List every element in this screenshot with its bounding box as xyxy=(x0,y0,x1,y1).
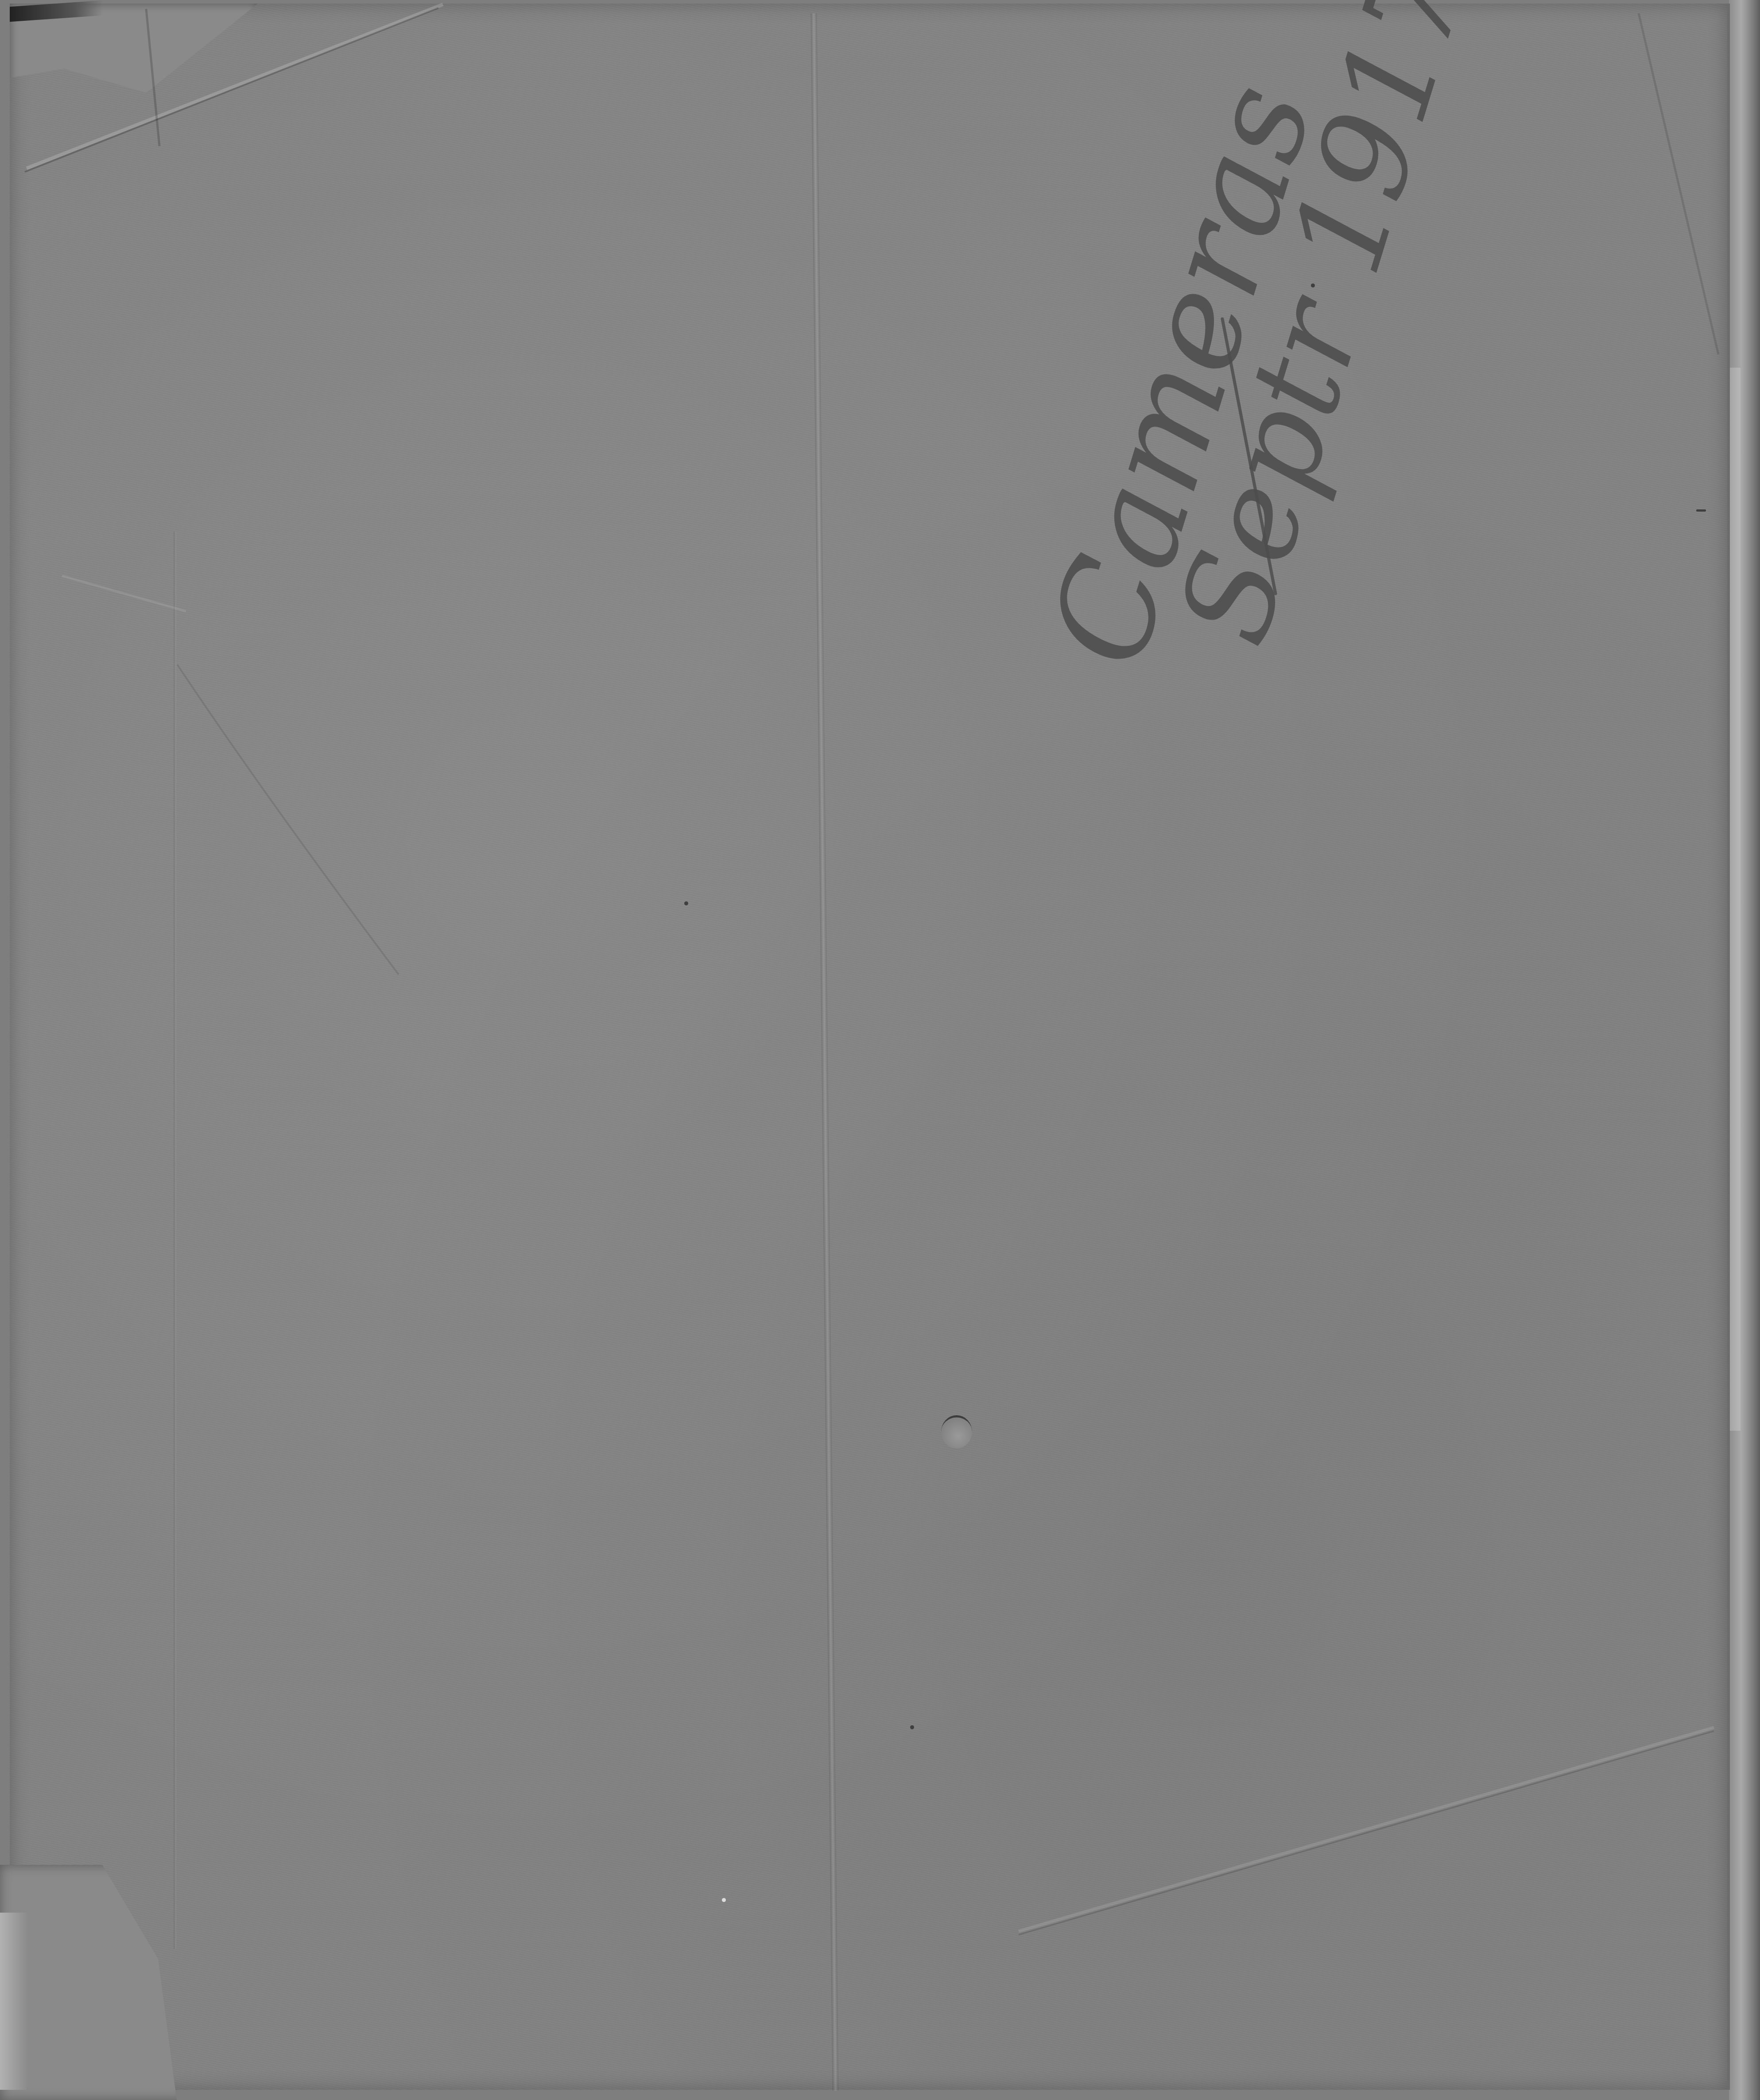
ink-speck xyxy=(1311,283,1315,287)
ink-speck xyxy=(910,1725,914,1729)
ink-speck xyxy=(684,901,688,905)
annotation-drawing: Cameras Septr 1917 xyxy=(996,230,1360,1010)
handwritten-annotation: Cameras Septr 1917 xyxy=(996,230,1360,1010)
light-speck xyxy=(722,1898,726,1902)
paper-damage-spot xyxy=(941,1415,972,1448)
ink-speck xyxy=(1696,509,1706,512)
paper-creases xyxy=(0,0,1760,2100)
